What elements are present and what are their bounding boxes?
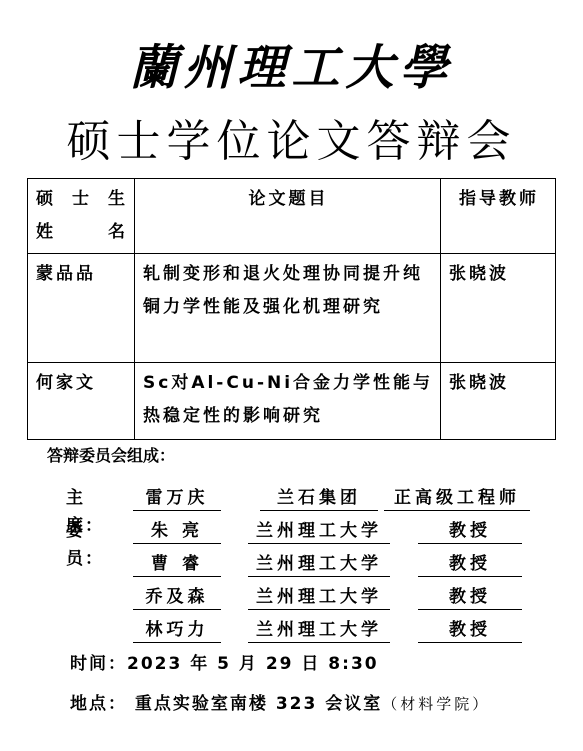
header-advisor: 指导教师	[441, 179, 556, 254]
member-org: 兰州理工大学	[248, 517, 390, 544]
table-row: 何家文 Sc对Al-Cu-Ni合金力学性能与热稳定性的影响研究 张晓波	[28, 363, 556, 440]
member-title: 教授	[418, 517, 522, 544]
member-org: 兰州理工大学	[248, 583, 390, 610]
member-title: 教授	[418, 583, 522, 610]
header-thesis-title: 论文题目	[135, 179, 441, 254]
chair-name: 雷万庆	[133, 484, 221, 511]
time-label: 时间：	[70, 654, 127, 674]
header-student-name: 硕 士 生 姓 名	[28, 179, 135, 254]
defense-time: 时间：2023 年 5 月 29 日 8:30	[70, 650, 379, 678]
chair-title: 正高级工程师	[384, 484, 530, 511]
header-char: 生	[108, 183, 128, 216]
time-value: 2023 年 5 月 29 日 8:30	[127, 654, 379, 674]
member-org: 兰州理工大学	[248, 616, 390, 643]
thesis-table: 硕 士 生 姓 名 论文题目 指导教师 蒙品品 轧制变形和退火处理协同提升纯铜力…	[27, 178, 556, 440]
university-logo-text: 蘭州理工大學	[0, 38, 583, 98]
header-char: 名	[108, 216, 128, 249]
header-char: 硕	[36, 183, 56, 216]
table-row: 蒙品品 轧制变形和退火处理协同提升纯铜力学性能及强化机理研究 张晓波	[28, 254, 556, 363]
member-name: 林巧力	[133, 616, 221, 643]
committee-heading: 答辩委员会组成：	[47, 444, 175, 468]
student-name: 何家文	[28, 363, 135, 440]
place-note: （材料学院）	[382, 695, 490, 713]
member-title: 教授	[418, 616, 522, 643]
header-char: 士	[72, 183, 92, 216]
chair-org: 兰石集团	[260, 484, 378, 511]
member-name: 曹 睿	[133, 550, 221, 577]
place-label: 地点：	[70, 694, 127, 714]
student-name: 蒙品品	[28, 254, 135, 363]
thesis-title: 轧制变形和退火处理协同提升纯铜力学性能及强化机理研究	[135, 254, 441, 363]
table-header-row: 硕 士 生 姓 名 论文题目 指导教师	[28, 179, 556, 254]
thesis-title: Sc对Al-Cu-Ni合金力学性能与热稳定性的影响研究	[135, 363, 441, 440]
place-value: 重点实验室南楼 323 会议室	[135, 694, 382, 714]
defense-location: 地点： 重点实验室南楼 323 会议室（材料学院）	[70, 690, 490, 718]
header-char: 姓	[36, 216, 56, 249]
member-name: 朱 亮	[133, 517, 221, 544]
advisor-name: 张晓波	[441, 254, 556, 363]
member-label: 委员：	[66, 517, 104, 573]
member-title: 教授	[418, 550, 522, 577]
advisor-name: 张晓波	[441, 363, 556, 440]
member-name: 乔及森	[133, 583, 221, 610]
member-org: 兰州理工大学	[248, 550, 390, 577]
page-title: 硕士学位论文答辩会	[0, 112, 583, 172]
